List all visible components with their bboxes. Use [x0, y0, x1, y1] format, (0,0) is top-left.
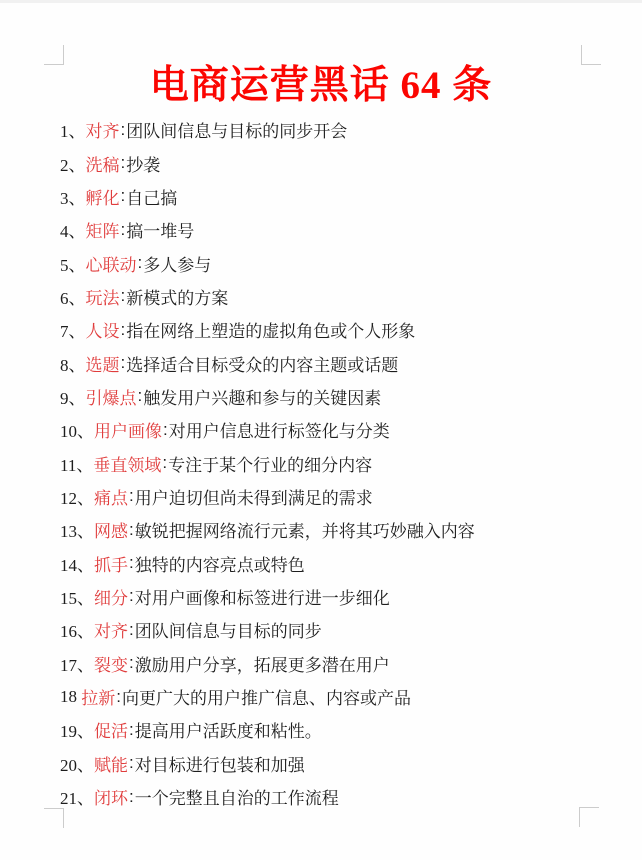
item-colon: :: [128, 653, 135, 673]
item-number: 15、: [60, 584, 94, 609]
item-definition: 选择适合目标受众的内容主题或话题: [126, 351, 398, 376]
item-term: 玩法: [86, 284, 120, 309]
item-colon: :: [128, 620, 135, 640]
item-term: 选题: [86, 351, 120, 376]
list-item: 9、引爆点:触发用户兴趣和参与的关键因素: [60, 380, 606, 413]
item-number: 7、: [60, 317, 86, 342]
item-term: 促活: [94, 717, 128, 742]
item-number: 21、: [60, 784, 94, 809]
crop-mark-top-right-icon: [581, 45, 601, 65]
item-definition: 对用户画像和标签进行进一步细化: [135, 584, 390, 609]
item-colon: :: [137, 253, 144, 273]
item-term: 闭环: [94, 784, 128, 809]
item-number: 20、: [60, 751, 94, 776]
item-colon: :: [128, 787, 135, 807]
item-term: 拉新: [81, 684, 115, 709]
item-number: 2、: [60, 151, 86, 176]
item-colon: :: [128, 553, 135, 573]
list-item: 3、孵化:自己搞: [60, 180, 606, 213]
item-colon: :: [128, 753, 135, 773]
item-term: 垂直领域: [93, 451, 161, 476]
item-definition: 对目标进行包装和加强: [135, 751, 305, 776]
item-term: 引爆点: [86, 384, 137, 409]
item-colon: :: [120, 286, 127, 306]
item-definition: 提高用户活跃度和粘性。: [135, 717, 322, 742]
item-definition: 敏锐把握网络流行元素，并将其巧妙融入内容: [135, 517, 475, 542]
item-term: 洗稿: [86, 151, 120, 176]
item-colon: :: [137, 386, 144, 406]
item-number: 16、: [60, 617, 94, 642]
item-term: 细分: [94, 584, 128, 609]
list-item: 8、选题:选择适合目标受众的内容主题或话题: [60, 346, 606, 379]
item-term: 心联动: [86, 251, 137, 276]
list-item: 18 拉新:向更广大的用户推广信息、内容或产品: [60, 680, 606, 713]
list-item: 11、垂直领域:专注于某个行业的细分内容: [60, 446, 606, 479]
list-item: 13、网感:敏锐把握网络流行元素，并将其巧妙融入内容: [60, 513, 606, 546]
list-item: 21、闭环:一个完整且自治的工作流程: [60, 780, 606, 813]
item-colon: :: [120, 153, 127, 173]
item-number: 8、: [60, 351, 86, 376]
item-term: 孵化: [86, 184, 120, 209]
item-term: 网感: [94, 517, 128, 542]
list-item: 20、赋能:对目标进行包装和加强: [60, 747, 606, 780]
list-item: 16、对齐:团队间信息与目标的同步: [60, 613, 606, 646]
item-number: 4、: [60, 217, 86, 242]
list-item: 14、抓手:独特的内容亮点或特色: [60, 546, 606, 579]
item-definition: 一个完整且自治的工作流程: [135, 784, 339, 809]
item-definition: 自己搞: [126, 184, 177, 209]
item-definition: 团队间信息与目标的同步: [135, 617, 322, 642]
list-item: 19、促活:提高用户活跃度和粘性。: [60, 713, 606, 746]
item-number: 14、: [60, 551, 94, 576]
item-colon: :: [161, 453, 168, 473]
item-number: 1、: [60, 117, 86, 142]
list-item: 7、人设:指在网络上塑造的虚拟角色或个人形象: [60, 313, 606, 346]
item-colon: :: [120, 320, 127, 340]
item-term: 人设: [86, 317, 120, 342]
item-number: 3、: [60, 184, 86, 209]
document-page: 电商运营黑话 64 条 1、对齐:团队间信息与目标的同步开会2、洗稿:抄袭3、孵…: [0, 0, 642, 860]
item-colon: :: [120, 120, 127, 140]
item-colon: :: [120, 186, 127, 206]
item-term: 痛点: [94, 484, 128, 509]
item-definition: 专注于某个行业的细分内容: [168, 451, 372, 476]
item-definition: 触发用户兴趣和参与的关键因素: [143, 384, 381, 409]
item-colon: :: [120, 353, 127, 373]
item-colon: :: [120, 220, 127, 240]
item-definition: 激励用户分享，拓展更多潜在用户: [135, 651, 390, 676]
jargon-list: 1、对齐:团队间信息与目标的同步开会2、洗稿:抄袭3、孵化:自己搞4、矩阵:搞一…: [60, 113, 606, 813]
item-term: 矩阵: [86, 217, 120, 242]
item-term: 对齐: [94, 617, 128, 642]
item-number: 10、: [60, 417, 94, 442]
item-term: 用户画像: [94, 417, 162, 442]
item-definition: 团队间信息与目标的同步开会: [126, 117, 347, 142]
item-definition: 用户迫切但尚未得到满足的需求: [135, 484, 373, 509]
item-term: 抓手: [94, 551, 128, 576]
item-definition: 多人参与: [143, 251, 211, 276]
item-number: 13、: [60, 517, 94, 542]
item-number: 5、: [60, 251, 86, 276]
item-colon: :: [115, 687, 122, 707]
list-item: 5、心联动:多人参与: [60, 246, 606, 279]
item-definition: 抄袭: [126, 151, 160, 176]
list-item: 10、用户画像:对用户信息进行标签化与分类: [60, 413, 606, 446]
item-term: 赋能: [94, 751, 128, 776]
crop-mark-top-left-icon: [44, 45, 64, 65]
item-number: 18: [60, 687, 81, 707]
item-number: 19、: [60, 717, 94, 742]
list-item: 17、裂变:激励用户分享，拓展更多潜在用户: [60, 647, 606, 680]
item-colon: :: [162, 420, 169, 440]
item-number: 6、: [60, 284, 86, 309]
item-number: 17、: [60, 651, 94, 676]
item-colon: :: [128, 720, 135, 740]
item-definition: 指在网络上塑造的虚拟角色或个人形象: [126, 317, 415, 342]
item-definition: 对用户信息进行标签化与分类: [169, 417, 390, 442]
item-colon: :: [128, 520, 135, 540]
item-definition: 向更广大的用户推广信息、内容或产品: [122, 684, 411, 709]
page-title: 电商运营黑话 64 条: [0, 63, 642, 109]
list-item: 2、洗稿:抄袭: [60, 146, 606, 179]
item-colon: :: [128, 486, 135, 506]
item-number: 11、: [60, 451, 93, 476]
list-item: 15、细分:对用户画像和标签进行进一步细化: [60, 580, 606, 613]
item-term: 对齐: [86, 117, 120, 142]
list-item: 6、玩法:新模式的方案: [60, 280, 606, 313]
item-number: 9、: [60, 384, 86, 409]
list-item: 4、矩阵:搞一堆号: [60, 213, 606, 246]
item-number: 12、: [60, 484, 94, 509]
item-colon: :: [128, 586, 135, 606]
list-item: 12、痛点:用户迫切但尚未得到满足的需求: [60, 480, 606, 513]
item-definition: 新模式的方案: [126, 284, 228, 309]
item-definition: 独特的内容亮点或特色: [135, 551, 305, 576]
list-item: 1、对齐:团队间信息与目标的同步开会: [60, 113, 606, 146]
item-term: 裂变: [94, 651, 128, 676]
item-definition: 搞一堆号: [126, 217, 194, 242]
